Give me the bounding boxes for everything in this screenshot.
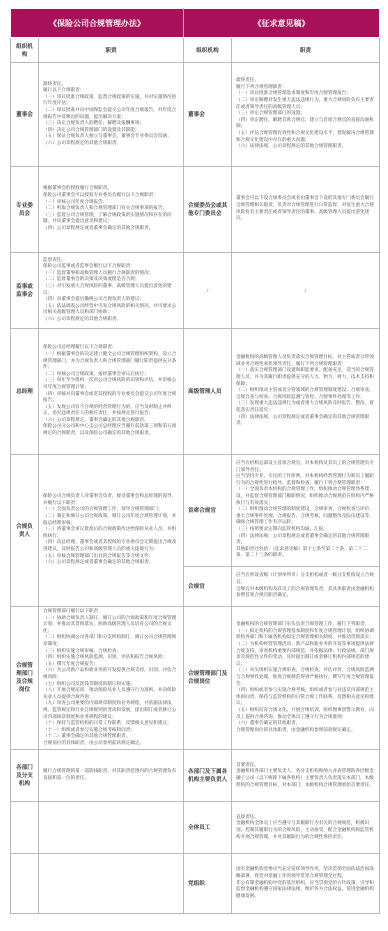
- duty-line: （四）审核并向董事会或者其授权的专业委员会提交公司年度合规报告；: [43, 392, 179, 405]
- right-org-name: 高级管理人员: [184, 329, 232, 455]
- duty-line: （二）组织推动合规管理的制度建设，合规审查，合规检查与评价，重大合规事件处理，合…: [236, 507, 375, 527]
- left-org-name: [11, 854, 39, 914]
- duty-line: 金融机构各部门主要负责人、各分支机构和纳入并表管理的各层级金融子公司（以下统称下…: [236, 769, 375, 789]
- table-row: 总经理保险公司总经理履行以下合规职责：（一）根据董事会的决定建立健全公司合规管理…: [11, 329, 380, 455]
- right-org-name: 首席合规官: [184, 455, 232, 567]
- table-row: 合规管理部门及合规岗位合规管理部门履行以下职责：（一）协助合规负责人制订、修订公…: [11, 607, 380, 750]
- duty-line: 保险公司董事会可以授权专业委员会履行以下合规职责：: [43, 193, 179, 200]
- duty-line: 国有金融机构党委应当充分发挥领导作用，坚决贯彻全面依法治国战略部署，将党对金融工…: [236, 867, 375, 880]
- duty-line: 保险公司分公司和中心支公司总经理应当履行前款第三项和第五项规定的合规职责，以及保…: [43, 424, 179, 437]
- duty-line: 保险公司总经理履行以下合规职责：: [43, 345, 179, 352]
- duty-line: （五）发现公司有不合规的经营管理行为的，应当及时制止并纠正，追究违规责任人的相应…: [43, 405, 179, 418]
- duty-line: （四）法律法规、公司章程规定或者董事会确定的其他合规管理职责。: [236, 415, 375, 428]
- duty-line: 应当在机构总部设立首席合规官，对本机构及其员工的合规管理负专门领导责任。: [236, 461, 375, 474]
- left-duty-text: [39, 854, 184, 914]
- left-org-name: 专业委员会: [11, 167, 39, 253]
- left-duty-text: 根据董事会的授权履行合规职责。保险公司董事会可以授权专业委员会履行以下合规职责：…: [39, 167, 184, 253]
- duty-line: （二）组织推动主管或者分管领域的合规管理制度建设、合规审查、合规自查与检查、合规…: [236, 388, 375, 401]
- duty-line: （四）向董事会提出撤换公司合规负责人的建议；: [43, 297, 179, 304]
- duty-line: 合规官对本级机构及其员工的合规管理负责，其具体职责由金融机构参照首席合规官职责确…: [236, 587, 375, 600]
- right-duty-text: /: [232, 253, 380, 329]
- comparison-table-container: 《保险公司合规管理办法》 《征求意见稿》 组织机构 职责 组织机构 职责 董事会…: [10, 8, 379, 914]
- duty-line: （一）根据董事会的决定建立健全公司合规管理组织架构，设立合规管理部门，并为合规负…: [43, 352, 179, 372]
- duty-line: （六）公司章程规定或者董事会确定的其他合规职责。: [43, 560, 179, 567]
- right-org-name: 合规管理部门及合规岗位: [184, 607, 232, 750]
- duty-line: （三）发现重大违法违规行为或者重大合规风险及时报告、整改，督促落实责任追究；: [236, 401, 375, 414]
- duty-line: 应当在所设省级（计划单列市）分支机构或者一级分支机构设立合规官。: [236, 573, 375, 586]
- right-org-name: 董事会: [184, 63, 232, 167]
- right-org-header: 组织机构: [184, 38, 232, 63]
- column-header-row: 组织机构 职责 组织机构 职责: [11, 38, 380, 63]
- duty-line: （三）对引发重大合规风险的董事、高级管理人员提出罢免的建议；: [43, 284, 179, 297]
- duty-line: （一）全面负责本机构的合规管理工作，组织推动合规管理体系建设，并监督合规管理部门…: [236, 487, 375, 507]
- left-duty-header: 职责: [39, 38, 184, 63]
- right-duty-text: 金融机构的合规管理部门牵头负责合规管理工作，履行下列职责：（一）拟定机构的合规管…: [232, 607, 380, 750]
- duty-line: 应当坚持专业、专注的工作原则，对本机构经营管理行为和员工履职行为的合规性进行指导…: [236, 474, 375, 487]
- duty-line: 履行合规管理的第一道防线职责，对其职责范围内的合规管理负有直接和第一位的责任。: [43, 769, 179, 782]
- left-org-name: 合规负责人: [11, 455, 39, 607]
- table-row: 监事或监事会监督责任。保险公司监事或者监事会履行以下合规职责：（一）监督董事和高…: [11, 253, 380, 329]
- duty-line: （四）组织或者参与实施合规考核，组织或者参与对违反内部规范主体的问责，保持与监管…: [236, 688, 375, 708]
- left-org-name: 监事或监事会: [11, 253, 39, 329]
- left-duty-text: 履行合规管理的第一道防线职责，对其职责范围内的合规管理负有直接和第一位的责任。: [39, 750, 184, 802]
- duty-line: （六）为公司新产品和新业务的开发提供合规支持，识别、评估合规风险；: [43, 668, 179, 681]
- duty-line: （二）听取合规负责人和合规管理部门有关合规事项的报告；: [43, 206, 179, 213]
- duty-line: （二）组织协调公司各部门和分支机构制订、修订公司合规管理规章制度；: [43, 635, 179, 648]
- right-duty-text: 最终责任。履行下列合规管理职责：（一）审议批准合规管理基本制度和年度合规管理报告…: [232, 63, 380, 167]
- duty-line: （十）保持与监管机构的日常工作联系，反馈相关意见和建议；: [43, 721, 179, 728]
- right-duty-text: 应当在所设省级（计划单列市）分支机构或者一级分支机构设立合规官。合规官对本级机构…: [232, 567, 380, 607]
- duty-line: （三）审定合规管理部门的设置；: [236, 111, 375, 118]
- comparison-table: 《保险公司合规管理办法》 《征求意见稿》 组织机构 职责 组织机构 职责 董事会…: [10, 8, 380, 914]
- duty-line: （二）制定和修订公司合规政策，制订公司年度合规管理计划，并报总经理审核；: [43, 514, 179, 527]
- duty-line: （六）公司章程规定的其他合规职责。: [43, 141, 179, 148]
- left-org-name: 各部门及分支机构: [11, 750, 39, 802]
- right-duty-header: 职责: [232, 38, 380, 63]
- duty-line: （二）为机构经营管理活动、新产品和新业务的开发等事项提供法律合规支持，审查机构重…: [236, 642, 375, 668]
- duty-line: 其他职责还包括：《征求意见稿》第十七条至第二十条、第二十二条、第二十三条的职责。: [236, 547, 375, 560]
- left-duty-text: 合规管理部门履行以下职责：（一）协助合规负责人制订、修订公司的合规政策和年度合规…: [39, 607, 184, 750]
- duty-line: 金融机构全体员工应当遵守与其履职行为有关的合规规范，积极识别、控制其履职行为的合…: [236, 821, 375, 841]
- duty-line: （五）保证合规负责人独立与董事会、董事会专业委员会沟通；: [43, 134, 179, 141]
- table-row: 全体员工直接责任。金融机构全体员工应当遵守与其履职行为有关的合规规范，积极识别、…: [11, 802, 380, 854]
- duty-line: （四）法律法规、公司章程规定或者董事会确定的其他合规管理职责。: [236, 534, 375, 547]
- table-row: 专业委员会根据董事会的授权履行合规职责。保险公司董事会可以授权专业委员会履行以下…: [11, 167, 380, 253]
- table-row: 党组织国有金融机构党委应当充分发挥领导作用，坚决贯彻全面依法治国战略部署，将党对…: [11, 854, 380, 914]
- duty-line: （四）向总经理、董事会或者其授权的专业委员会定期提出合规改进建议，及时报告公司和…: [43, 540, 179, 553]
- left-duty-text: 最终责任。履行以下合规职责：（一）审议批准合规政策，监督合规政策的实施，并对实施…: [39, 63, 184, 167]
- left-org-name: 合规管理部门及合规岗位: [11, 607, 39, 750]
- right-org-name: 各部门及下属各机构主要负责人: [184, 750, 232, 802]
- right-org-name: 合规委员会或其他专门委员会: [184, 167, 232, 253]
- left-duty-text: 保险公司总经理履行以下合规职责：（一）根据董事会的决定建立健全公司合规管理组织架…: [39, 329, 184, 455]
- title-row: 《保险公司合规管理办法》 《征求意见稿》: [11, 9, 380, 38]
- duty-line: 非公有制金融机构中党的基层组织，应当贯彻党的方针政策，引导和监督金融机构遵守国家…: [236, 881, 375, 901]
- duty-line: （十二）董事会确定的其他合规管理职责。: [43, 734, 179, 741]
- duty-line: （一）审议批准合规政策，监督合规政策的实施，并对实施情况进行年度评估；: [43, 95, 179, 108]
- right-duty-text: 首要责任。金融机构各部门主要负责人、各分支机构和纳入并表管理的各层级金融子公司（…: [232, 750, 380, 802]
- duty-line: （二）审定解聘对发生重大违法违规行为、重大合规风险负有主要责任或者领导责任的高级…: [236, 98, 375, 111]
- right-org-name: /: [184, 253, 232, 329]
- duty-line: （三）决定合规负责人的聘任、解聘及报酬事项；: [43, 121, 179, 128]
- duty-line: （三）每年至少组织一次对公司合规风险的识别和评估，并审核公司年度合规管理计划；: [43, 378, 179, 391]
- duty-line: 合规管理岗位的具体职责，由金融机构参照前款规定确定。: [236, 728, 375, 735]
- right-duty-text: 国有金融机构党委应当充分发挥领导作用，坚决贯彻全面依法治国战略部署，将党对金融工…: [232, 854, 380, 914]
- duty-line: （一）协助合规负责人制订、修订公司的合规政策和年度合规管理计划，并推动其贯彻落实…: [43, 616, 179, 636]
- duty-line: （三）将董事会审议批准后的合规政策传达给保险从业人员，并组织执行；: [43, 527, 179, 540]
- duty-line: （五）评估合规管理有效性和合规文化建设水平，督促解决合规管理和合规文化建设中存在…: [236, 131, 375, 144]
- left-regulation-title: 《保险公司合规管理办法》: [11, 9, 184, 38]
- duty-line: （四）审定聘任、解聘首席合规官，建立与首席合规官的直接沟通机制；: [236, 118, 375, 131]
- duty-line: 董事会可以下设合规委员会或者由董事会下设的其他专门委员会履行合规管理相关职责，负…: [236, 196, 375, 222]
- duty-line: （一）拟定机构的合规管理基本制度和年度合规管理计划，组织协调机构各部门和下属各机…: [236, 629, 375, 642]
- right-duty-text: 金融机构的高级管理人员负责落实合规管理目标，对主管或者分管领域业务合规性承担领导…: [232, 329, 380, 455]
- duty-line: 合规岗位的具体职责，由公司参照前款规定确定。: [43, 741, 179, 748]
- duty-line: （五）组织培育合规文化，开展合规培训，组织图事创警示教育，向员工提供合规咨询，推…: [236, 708, 375, 721]
- left-org-name: 总经理: [11, 329, 39, 455]
- duty-line: （四）公司章程规定或者董事会确定的其他合规职责。: [43, 226, 179, 233]
- right-regulation-title: 《征求意见稿》: [184, 9, 380, 38]
- duty-line: （五）依法调查公司经营中引发合规风险的相关情况，并可要求公司相关高级管理人员和部…: [43, 304, 179, 317]
- left-duty-text: 监督责任。保险公司监事或者监事会履行以下合规职责：（一）监督董事和高级管理人员履…: [39, 253, 184, 329]
- duty-line: （四）组织实施合规风险监测，识别、评估和报告合规风险；: [43, 655, 179, 662]
- left-org-header: 组织机构: [11, 38, 39, 63]
- duty-line: （六）法律法规、公司章程规定的其他合规管理职责。: [236, 144, 375, 151]
- duty-line: （八）开展合规培训，推动保险从业人员遵守行为准则，并向保险从业人员提供合规咨询；: [43, 688, 179, 701]
- duty-line: （六）公司章程规定的其他合规职责。: [43, 317, 179, 324]
- duty-line: 保险公司合规负责人对董事会负责，接受董事会和总经理的领导，并履行以下职责：: [43, 494, 179, 507]
- duty-line: 最终责任。: [236, 78, 375, 85]
- table-row: 各部门及分支机构履行合规管理的第一道防线职责，对其职责范围内的合规管理负有直接和…: [11, 750, 380, 802]
- left-org-name: 董事会: [11, 63, 39, 167]
- duty-line: 履行以下合规职责：: [43, 88, 179, 95]
- duty-line: 金融机构的合规管理部门牵头负责合规管理工作，履行下列职责：: [236, 622, 375, 629]
- left-duty-text: [39, 802, 184, 854]
- duty-line: （九）审查公司重要的内部规章制度和业务规程，并依据法律法规、监管规定和行业自律规…: [43, 701, 179, 721]
- duty-line: （三）按照要求定期向监管机构沟通、汇报；: [236, 527, 375, 534]
- left-org-name: [11, 802, 39, 854]
- right-duty-text: 应当在机构总部设立首席合规官，对本机构及其员工的合规管理负专门领导责任。应当坚持…: [232, 455, 380, 567]
- right-org-name: 全体员工: [184, 802, 232, 854]
- table-row: 董事会最终责任。履行以下合规职责：（一）审议批准合规政策，监督合规政策的实施，并…: [11, 63, 380, 167]
- right-duty-text: 直接责任。金融机构全体员工应当遵守与其履职行为有关的合规规范，积极识别、控制其履…: [232, 802, 380, 854]
- table-body: 董事会最终责任。履行以下合规职责：（一）审议批准合规政策，监督合规政策的实施，并…: [11, 63, 380, 914]
- duty-line: （六）董事会确定的其他职责。: [236, 721, 375, 728]
- duty-line: （二）监督董事会的决策及决策流程是否合规；: [43, 277, 179, 284]
- duty-line: /: [235, 288, 376, 294]
- duty-line: 金融机构的高级管理人员负责落实合规管理目标，对主管或者分管领域业务合规性承担领导…: [236, 355, 375, 368]
- duty-line: 保险公司监事或者监事会履行以下合规职责：: [43, 264, 179, 271]
- right-org-name: 合规官: [184, 567, 232, 607]
- right-duty-text: 董事会可以下设合规委员会或者由董事会下设的其他专门委员会履行合规管理相关职责，负…: [232, 167, 380, 253]
- table-row: 合规负责人保险公司合规负责人对董事会负责，接受董事会和总经理的领导，并履行以下职…: [11, 455, 380, 567]
- right-org-name: 党组织: [184, 854, 232, 914]
- duty-line: 合规管理部门履行以下职责：: [43, 609, 179, 616]
- duty-line: （一）落实合规管理部门设置和职能要求，配备充足、适当的合规管理人员，并为其履行职…: [236, 368, 375, 388]
- left-duty-text: 保险公司合规负责人对董事会负责，接受董事会和总经理的领导，并履行以下职责：（一）…: [39, 455, 184, 607]
- duty-line: （二）审议批准并向中国保监会提交公司年度合规报告，对年度合规报告中反映出的问题，…: [43, 108, 179, 121]
- duty-line: （三）牵头组织实施合规审查、合规检查、评估评价、合规风险监测与合规事件处理，推进…: [236, 668, 375, 688]
- duty-line: （三）监督公司合规管理，了解合规政策的实施情况和存在的问题，并向董事会提出意见和…: [43, 213, 179, 226]
